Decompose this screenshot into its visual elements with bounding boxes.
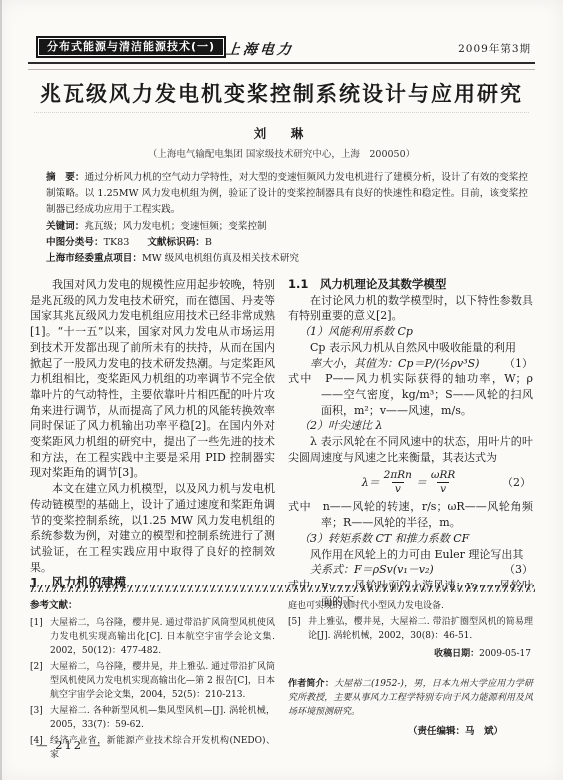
author-name: 刘 琳 bbox=[0, 124, 563, 142]
equation-3-text: 关系式：F＝ρSv(v₁－v₂) bbox=[288, 562, 434, 578]
ref-number: [2] bbox=[30, 660, 50, 702]
clc-value: TK83 bbox=[104, 237, 130, 248]
project-row: 上海市经委重点项目：MW 级风电机组仿真及相关技术研究 bbox=[46, 251, 528, 267]
page-number: — 212 — bbox=[36, 738, 102, 752]
keywords-row: 关键词：兆瓦级；风力发电机；变速恒频；变桨控制 bbox=[46, 219, 528, 235]
equation-3-number: （3） bbox=[482, 562, 533, 578]
fraction-numerator: 2πRn bbox=[384, 469, 412, 482]
reference-item: [3]大屋裕二. 各种新型风机—集风型风机—[J]. 涡轮机械，2005，33(… bbox=[30, 704, 275, 732]
footnote-right-column: 庭也可实现的划时代小型风力发电设备. [5]井上雅弘，樱井晃，大屋裕二. 带沿扩… bbox=[288, 599, 533, 764]
ref-text: 大屋裕二. 各种新型风机—集风型风机—[J]. 涡轮机械，2005，33(7)：… bbox=[50, 704, 275, 732]
paragraph: 风作用在风轮上的力可由 Euler 理论写出其 bbox=[288, 547, 533, 563]
equation-2-number: （2） bbox=[502, 475, 531, 491]
keywords-text: 兆瓦级；风力发电机；变速恒频；变桨控制 bbox=[84, 221, 266, 232]
project-text: MW 级风电机组仿真及相关技术研究 bbox=[142, 253, 299, 264]
reference-item: [2]大屋裕二，乌谷隆，樱井晃，井上雅弘. 通过带沿扩风筒型风机使风力发电机实现… bbox=[30, 660, 275, 702]
footnote-divider bbox=[30, 585, 535, 592]
ref-number: [1] bbox=[30, 616, 50, 658]
keywords-label: 关键词： bbox=[46, 221, 84, 232]
fraction-numerator: ωRR bbox=[431, 469, 455, 482]
clc-label: 中图分类号： bbox=[46, 237, 104, 248]
fraction: ωRRv bbox=[431, 469, 455, 496]
fraction: 2πRnv bbox=[384, 469, 412, 496]
equation-2-equals: ＝ bbox=[416, 475, 427, 491]
issue-label: 2009年第3期 bbox=[458, 41, 531, 56]
doc-code-value: B bbox=[205, 237, 212, 248]
formula-note-1: 式中 P——风力机实际获得的轴功率，W；ρ——空气密度，kg/m³；S——风轮的… bbox=[288, 371, 533, 418]
section-badge: 分布式能源与清洁能源技术(一) bbox=[36, 36, 226, 58]
body-columns: 我国对风力发电的规模性应用起步较晚，特别是兆瓦级的风力发电技术研究，而在德国、丹… bbox=[30, 277, 533, 583]
reference-item: [5]井上雅弘，樱井晃，大屋裕二. 带沿扩圈型风机的简易理论[J]. 涡轮机械，… bbox=[288, 615, 533, 643]
paper-title: 兆瓦级风力发电机变桨控制系统设计与应用研究 bbox=[20, 78, 543, 108]
ref-text: 大屋裕二，乌谷隆，樱井晃. 通过带沿扩风筒型风机使风力发电机实现高输出化[C].… bbox=[50, 616, 275, 658]
ref-number: [3] bbox=[30, 704, 50, 732]
abstract-row: 摘 要：通过分析风力机的空气动力学特性，对大型的变速恒频风力发电机进行了建模分析… bbox=[46, 170, 528, 219]
scan-artifact-line bbox=[34, 112, 529, 113]
list-item-3: （3）转矩系数 CT 和推力系数 CF bbox=[288, 531, 533, 547]
doc-code-label: 文献标识码： bbox=[147, 237, 205, 248]
list-item-2: （2）叶尖速比 λ bbox=[288, 418, 533, 434]
right-column: 1.1 风力机理论及其数学模型 在讨论风力机的数学模型时，以下特性参数具有特别重… bbox=[288, 277, 533, 583]
abstract-text: 通过分析风力机的空气动力学特性，对大型的变速恒频风力发电机进行了建模分析，设计了… bbox=[46, 172, 528, 215]
equation-2: λ＝2πRnv＝ωRRv （2） bbox=[288, 467, 533, 497]
fraction-denominator: v bbox=[437, 482, 449, 496]
abstract-label: 摘 要： bbox=[46, 172, 85, 183]
left-column: 我国对风力发电的规模性应用起步较晚，特别是兆瓦级的风力发电技术研究，而在德国、丹… bbox=[30, 277, 275, 583]
reference-continuation: 庭也可实现的划时代小型风力发电设备. bbox=[288, 599, 533, 613]
equation-1-text: 率大小，其值为：Cp＝P/(½ρv³S) bbox=[288, 356, 479, 372]
paragraph: 我国对风力发电的规模性应用起步较晚，特别是兆瓦级的风力发电技术研究，而在德国、丹… bbox=[30, 277, 275, 481]
paragraph: 本文在建立风力机模型，以及风力机与发电机传动链模型的基础上，设计了通过速度和桨距… bbox=[30, 481, 275, 575]
subsection-heading: 1.1 风力机理论及其数学模型 bbox=[288, 277, 533, 293]
journal-name: 上海电力 bbox=[225, 39, 295, 59]
received-date-row: 收稿日期：2009-05-17 bbox=[288, 647, 531, 661]
editor-note: （责任编辑：马 斌） bbox=[288, 725, 503, 739]
ref-text: 大屋裕二，乌谷隆，樱井晃，井上雅弘. 通过带沿扩风筒型风机使风力发电机实现高输出… bbox=[50, 660, 275, 702]
paragraph: λ 表示风轮在不同风速中的状态，用叶片的叶尖圆周速度与风速之比来衡量，其表达式为 bbox=[288, 434, 533, 465]
reference-item: [1]大屋裕二，乌谷隆，樱井晃. 通过带沿扩风筒型风机使风力发电机实现高输出化[… bbox=[30, 616, 275, 658]
received-date-label: 收稿日期： bbox=[434, 649, 479, 659]
author-bio: 作者简介：大屋裕二(1952-)，男，日本九州大学应用力学研究所教授，主要从事风… bbox=[288, 677, 533, 719]
fraction-denominator: v bbox=[392, 482, 404, 496]
page-header: 分布式能源与清洁能源技术(一) 上海电力 2009年第3期 bbox=[30, 36, 533, 60]
project-label: 上海市经委重点项目： bbox=[46, 253, 142, 264]
references-heading: 参考文献： bbox=[30, 599, 275, 613]
affiliation: （上海电气输配电集团 国家级技术研究中心，上海 200050） bbox=[0, 146, 563, 160]
ref-text: 井上雅弘，樱井晃，大屋裕二. 带沿扩圈型风机的简易理论[J]. 涡轮机械，200… bbox=[308, 615, 533, 643]
ref-number: [5] bbox=[288, 615, 308, 643]
formula-note-2: 式中 n——风轮的转速，r/s；ωR——风轮角频率；R——风轮的半径，m。 bbox=[288, 499, 533, 530]
author-bio-label: 作者简介： bbox=[288, 679, 334, 689]
equation-1: 率大小，其值为：Cp＝P/(½ρv³S)（1） bbox=[288, 356, 533, 372]
paragraph: 在讨论风力机的数学模型时，以下特性参数具有特别重要的意义[2]。 bbox=[288, 293, 533, 324]
classification-row: 中图分类号：TK83文献标识码：B bbox=[46, 235, 528, 251]
list-item-1: （1）风能利用系数 Cp bbox=[288, 324, 533, 340]
equation-1-number: （1） bbox=[482, 356, 533, 372]
paragraph: Cp 表示风力机从自然风中吸收能量的利用 bbox=[288, 340, 533, 356]
footnote-area: 参考文献： [1]大屋裕二，乌谷隆，樱井晃. 通过带沿扩风筒型风机使风力发电机实… bbox=[30, 599, 533, 764]
header-rule bbox=[28, 62, 535, 70]
equation-3: 关系式：F＝ρSv(v₁－v₂)（3） bbox=[288, 562, 533, 578]
equation-2-lhs: λ＝ bbox=[362, 475, 380, 491]
meta-block: 摘 要：通过分析风力机的空气动力学特性，对大型的变速恒频风力发电机进行了建模分析… bbox=[46, 170, 528, 267]
received-date-value: 2009-05-17 bbox=[479, 649, 531, 659]
journal-page: 分布式能源与清洁能源技术(一) 上海电力 2009年第3期 兆瓦级风力发电机变桨… bbox=[0, 0, 563, 780]
